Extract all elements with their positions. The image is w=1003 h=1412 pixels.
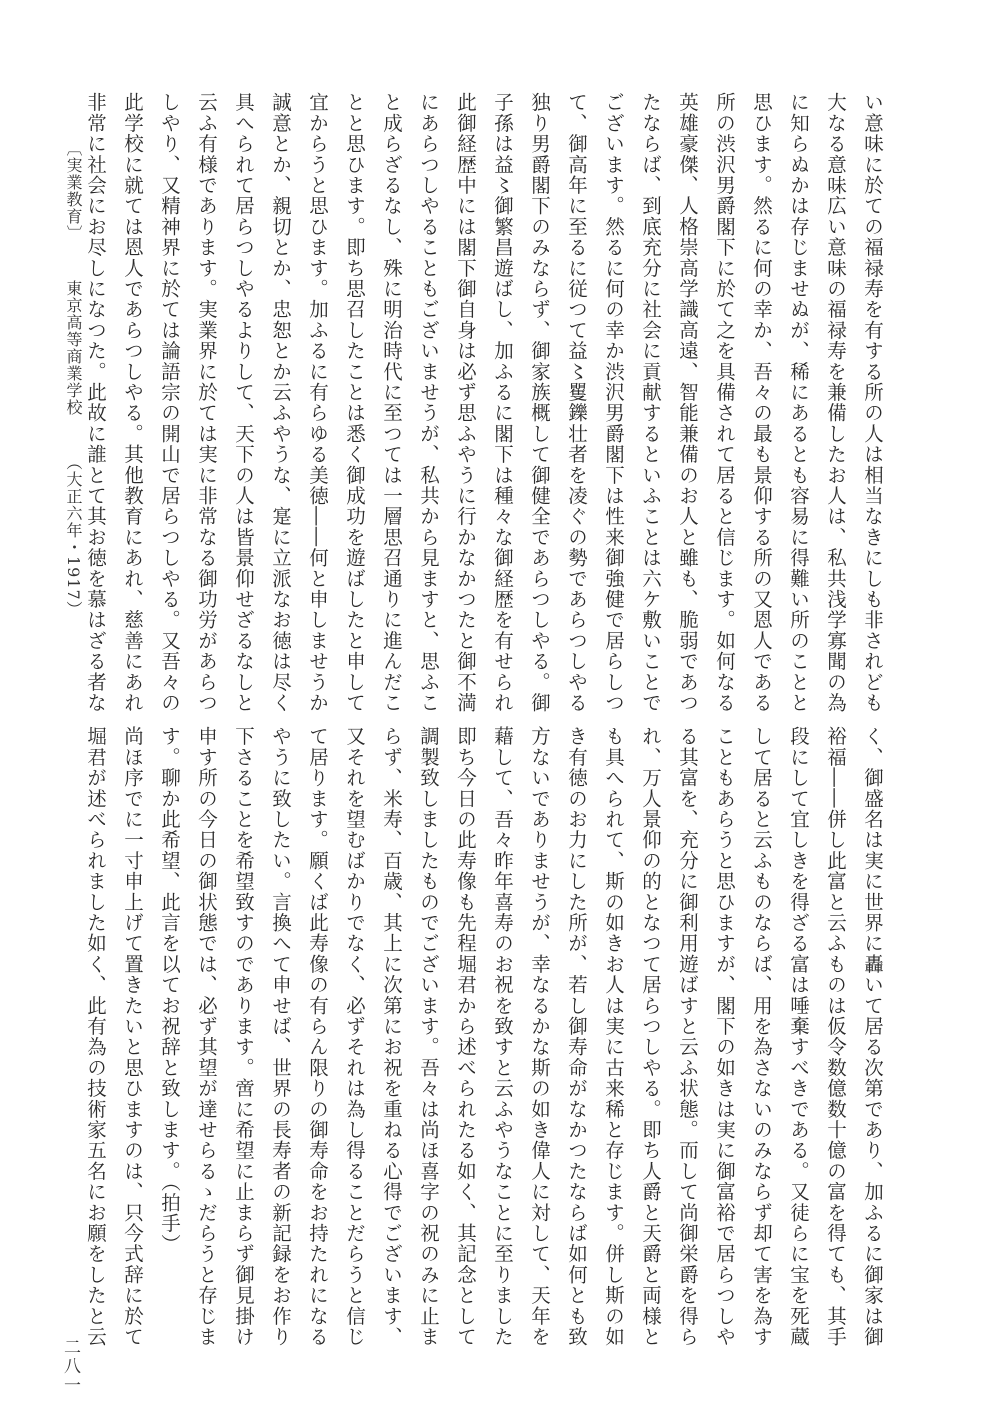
text-column: 云ふ有様であります。実業界に於ては実に非常なる御功労があらつ (188, 92, 225, 682)
text-column: 堀君が述べられました如く、此有為の技術家五名にお願をしたと云 (77, 726, 114, 1296)
text-column: 思ひます。然るに何の幸か、吾々の最も景仰する所の又恩人である (743, 92, 780, 682)
page-number: 二八一 (58, 1338, 83, 1395)
text-column: 此御経歴中には閣下御自身は必ず思ふやうに行かなかつたと御不満 (447, 92, 484, 682)
text-column: 独り男爵閣下のみならず、御家族概して御健全であらつしやる。御 (521, 92, 558, 682)
text-column: 申す所の今日の御状態では、必ず其望が達せらるゝだらうと存じま (188, 726, 225, 1296)
source-citation: 〔実業教育〕 東京高等商業学校 （大正六年・1917） (62, 140, 85, 618)
text-column: 誠意とか、親切とか、忠恕とか云ふやうな、寔に立派なお徳は尽く (262, 92, 299, 682)
text-column: 即ち今日の此寿像も先程堀君から述べられたる如く、其記念として (447, 726, 484, 1296)
text-column: れ、万人景仰の的となつて居らつしやる。即ち人爵と天爵と両様と (632, 726, 669, 1296)
text-column: 所の渋沢男爵閣下に於て之を具備されて居ると信じます。如何なる (706, 92, 743, 682)
text-column: にあらつしやることもございませうが、私共から見ますと、思ふこ (410, 92, 447, 682)
text-column: 大なる意味広い意味の福禄寿を兼備したお人は、私共浅学寡聞の為 (817, 92, 854, 682)
text-column: たならば、到底充分に社会に貢献するといふことは六ケ敷いことで (632, 92, 669, 682)
text-column: 又それを望むばかりでなく、必ずそれは為し得ることだらうと信じ (336, 726, 373, 1296)
text-column: 藉して、吾々昨年喜寿のお祝を致すと云ふやうなことに至りました (484, 726, 521, 1296)
text-column: る其富を、充分に御利用遊ばすと云ふ状態。而して尚御栄爵を得ら (669, 726, 706, 1296)
text-column: らず、米寿、百歳、其上に次第にお祝を重ねる心得でございます、 (373, 726, 410, 1296)
journal-name: 〔実業教育〕 (62, 140, 85, 242)
text-column: い意味に於ての福禄寿を有する所の人は相当なきにしも非されども (854, 92, 891, 682)
text-column: こともあらうと思ひますが、閣下の如きは実に御富裕で居らつしや (706, 726, 743, 1296)
text-column: 調製致しましたものでございます。吾々は尚ほ喜字の祝のみに止ま (410, 726, 447, 1296)
text-column: ございます。然るに何の幸か渋沢男爵閣下は性来御強健で居らしつ (595, 92, 632, 682)
text-column: して居ると云ふものならば、用を為さないのみならず却て害を為す (743, 726, 780, 1296)
bottom-text-block: く、御盛名は実に世界に轟いて居る次第であり、加ふるに御家は御 裕福――併し此富と… (91, 726, 891, 1296)
text-column: 宜からうと思ひます。加ふるに有らゆる美徳――何と申しませうか (299, 92, 336, 682)
text-column: 方ないでありませうが、幸なるかな斯の如き偉人に対して、天年を (521, 726, 558, 1296)
text-column: とと思ひます。即ち思召したことは悉く御成功を遊ばしたと申して (336, 92, 373, 682)
text-column: しやり、又精神界に於ては論語宗の開山で居らつしやる。又吾々の (151, 92, 188, 682)
text-column: き有徳のお力にした所が、若し御寿命がなかつたならば如何とも致 (558, 726, 595, 1296)
text-column: て、御高年に至るに従つて益〻矍鑠壮者を凌ぐの勢であらつしやる (558, 92, 595, 682)
text-column: も具へられて、斯の如きお人は実に古来稀と存じます。併し斯の如 (595, 726, 632, 1296)
text-column: に知らぬかは存じませぬが、稀にあるとも容易に得難い所のことと (780, 92, 817, 682)
text-column: 下さることを希望致すのであります。啻に希望に止まらず御見掛け (225, 726, 262, 1296)
text-column: 尚ほ序でに一寸申上げて置きたいと思ひますのは、只今式辞に於て (114, 726, 151, 1296)
text-column: と成らざるなし、殊に明治時代に至つては一層思召通りに進んだこ (373, 92, 410, 682)
text-column: 裕福――併し此富と云ふものは仮令数億数十億の富を得ても、其手 (817, 726, 854, 1296)
text-column: 子孫は益〻御繁昌遊ばし、加ふるに閣下は種々な御経歴を有せられ (484, 92, 521, 682)
text-column: 英雄豪傑、人格崇高学識高遠、智能兼備のお人と雖も、脆弱であつ (669, 92, 706, 682)
author-name: 東京高等商業学校 (62, 280, 85, 416)
publication-date: （大正六年・1917） (62, 454, 85, 618)
text-column: 具へられて居らつしやるよりして、天下の人は皆景仰せざるなしと (225, 92, 262, 682)
top-text-block: い意味に於ての福禄寿を有する所の人は相当なきにしも非されども 大なる意味広い意味… (91, 92, 891, 682)
text-column: す。聊か此希望、此言を以てお祝辞と致します。（拍手） (151, 726, 188, 1296)
text-column: やうに致したい。言換へて申せば、世界の長寿者の新記録をお作り (262, 726, 299, 1296)
text-column: て居ります。願くば此寿像の有らん限りの御寿命をお持たれになる (299, 726, 336, 1296)
text-column: 此学校に就ては恩人であらつしやる。其他教育にあれ、慈善にあれ (114, 92, 151, 682)
text-column: 段にして宜しきを得ざる富は唾棄すべきである。又徒らに宝を死蔵 (780, 726, 817, 1296)
text-column: く、御盛名は実に世界に轟いて居る次第であり、加ふるに御家は御 (854, 726, 891, 1296)
